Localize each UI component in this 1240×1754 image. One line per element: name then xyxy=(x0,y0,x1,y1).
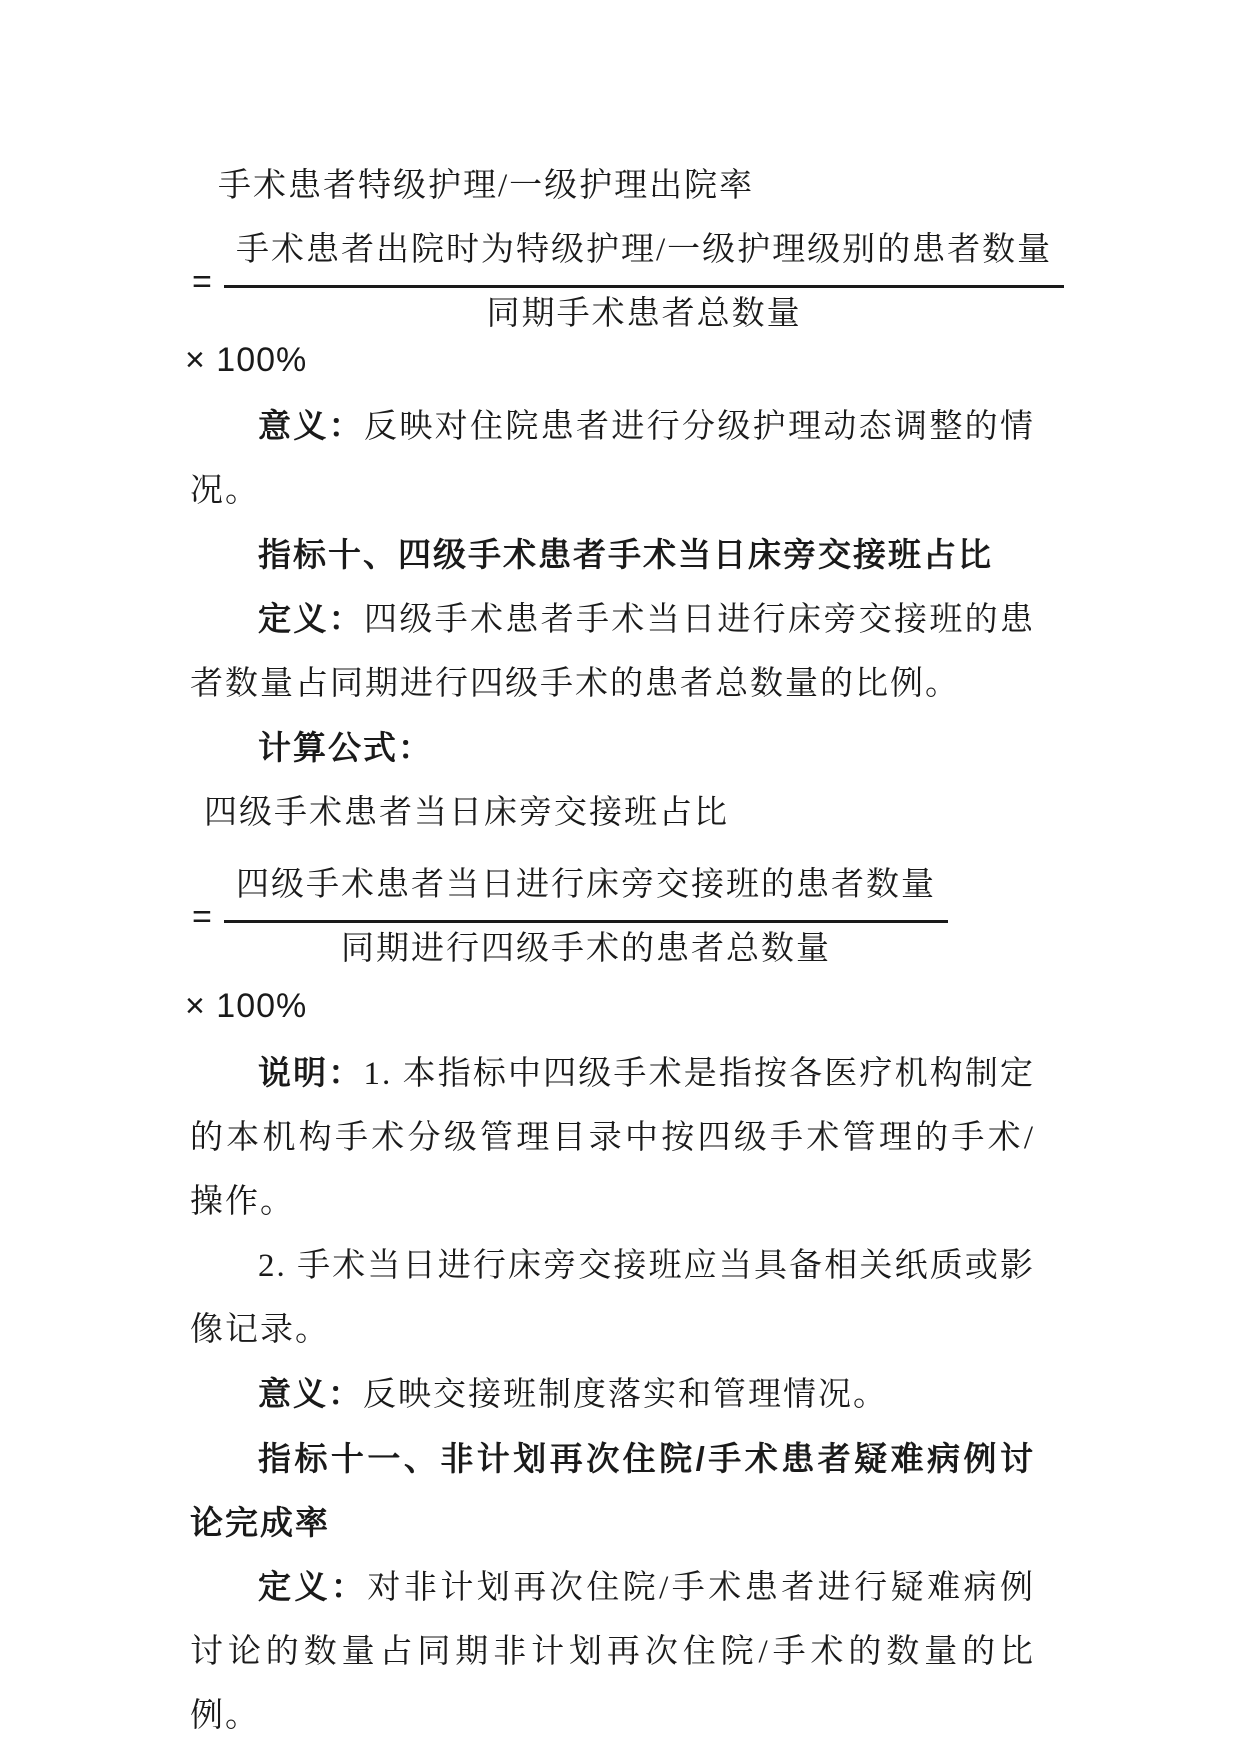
formula-lhs: 手术患者特级护理/一级护理出院率 xyxy=(190,154,1035,218)
note-label: 说明： xyxy=(258,1054,363,1091)
meaning-label: 意义： xyxy=(258,1375,363,1412)
paragraph-note-10-item2: 2. 手术当日进行床旁交接班应当具备相关纸质或影像记录。 xyxy=(190,1234,1035,1362)
paragraph-meaning-prev: 意义：反映对住院患者进行分级护理动态调整的情况。 xyxy=(190,394,1035,523)
document-page: 手术患者特级护理/一级护理出院率 = 手术患者出院时为特级护理/一级护理级别的患… xyxy=(0,0,1240,1754)
paragraph-meaning-10: 意义：反映交接班制度落实和管理情况。 xyxy=(190,1362,1035,1427)
fraction-numerator: 手术患者出院时为特级护理/一级护理级别的患者数量 xyxy=(224,228,1064,288)
formula-block-bedside-handover: 四级手术患者当日床旁交接班占比 = 四级手术患者当日进行床旁交接班的患者数量 同… xyxy=(190,781,1035,1030)
formula-block-nursing-discharge: 手术患者特级护理/一级护理出院率 = 手术患者出院时为特级护理/一级护理级别的患… xyxy=(190,154,1035,384)
meaning-text: 反映交接班制度落实和管理情况。 xyxy=(363,1377,888,1413)
paragraph-definition-11: 定义：对非计划再次住院/手术患者进行疑难病例讨论的数量占同期非计划再次住院/手术… xyxy=(190,1555,1035,1748)
document-content: 手术患者特级护理/一级护理出院率 = 手术患者出院时为特级护理/一级护理级别的患… xyxy=(190,154,1035,1748)
calculation-formula-label: 计算公式： xyxy=(258,729,433,766)
fraction-denominator: 同期进行四级手术的患者总数量 xyxy=(341,923,831,971)
fraction-numerator: 四级手术患者当日进行床旁交接班的患者数量 xyxy=(224,863,948,923)
formula-lhs: 四级手术患者当日床旁交接班占比 xyxy=(190,781,1035,845)
equals-sign: = xyxy=(192,250,216,314)
paragraph-note-10-item1: 说明：1. 本指标中四级手术是指按各医疗机构制定的本机构手术分级管理目录中按四级… xyxy=(190,1041,1035,1234)
fraction: 手术患者出院时为特级护理/一级护理级别的患者数量 同期手术患者总数量 xyxy=(224,228,1064,336)
paragraph-calculation-formula: 计算公式： xyxy=(190,716,1035,781)
fraction: 四级手术患者当日进行床旁交接班的患者数量 同期进行四级手术的患者总数量 xyxy=(224,863,948,971)
heading-indicator-10: 指标十、四级手术患者手术当日床旁交接班占比 xyxy=(190,523,1035,587)
multiplier-100-percent: × 100% xyxy=(185,982,1035,1030)
multiplier-100-percent: × 100% xyxy=(185,336,1035,384)
equals-sign: = xyxy=(192,885,216,949)
meaning-label: 意义： xyxy=(258,407,364,444)
paragraph-definition-10: 定义：四级手术患者手术当日进行床旁交接班的患者数量占同期进行四级手术的患者总数量… xyxy=(190,587,1035,716)
formula-fraction-row: = 四级手术患者当日进行床旁交接班的患者数量 同期进行四级手术的患者总数量 xyxy=(190,863,1035,971)
definition-label: 定义： xyxy=(258,600,364,637)
fraction-denominator: 同期手术患者总数量 xyxy=(487,288,802,336)
formula-fraction-row: = 手术患者出院时为特级护理/一级护理级别的患者数量 同期手术患者总数量 xyxy=(190,228,1035,336)
heading-indicator-11: 指标十一、非计划再次住院/手术患者疑难病例讨论完成率 xyxy=(190,1427,1035,1555)
definition-label: 定义： xyxy=(258,1568,367,1605)
